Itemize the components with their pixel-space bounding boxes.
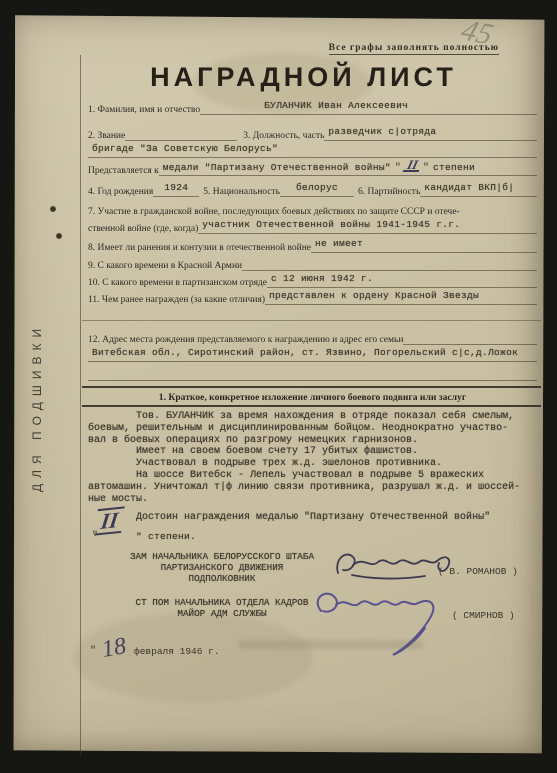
- birth-year-label: 4. Год рождения: [88, 187, 153, 197]
- conclusion-line1: Достоин награждения медалью "Партизану О…: [88, 512, 539, 524]
- wounds-row: 8. Имеет ли ранения и контузии в отечест…: [88, 238, 537, 253]
- blank-line: [125, 127, 237, 141]
- blank-line: [403, 331, 537, 345]
- blank-line: [242, 257, 537, 271]
- presented-to-label: Представляется к: [88, 166, 159, 176]
- previous-awards-row: 11. Чем ранее награжден (за какие отличи…: [88, 290, 537, 305]
- citation-line: вал в боевых операциях по разгрому немец…: [88, 435, 539, 447]
- war-participation-label1: 7. Участие в гражданской войне, последую…: [88, 207, 460, 217]
- citation-line: Имеет на своем боевом счету 17 убитых фа…: [88, 446, 539, 458]
- conclusion-suffix: " степени.: [132, 531, 200, 542]
- signatory2-name: ( СМИРНОВ ): [452, 610, 515, 621]
- signatory1-name: ( В. РОМАНОВ ): [438, 566, 518, 577]
- scanned-award-sheet: ДЛЯ ПОДШИВКИ Все графы заполнять полност…: [0, 0, 557, 773]
- citation-line: автомашин. Уничтожал т|ф линию связи про…: [88, 482, 539, 494]
- field-position-label: 3. Должность, часть: [243, 131, 324, 141]
- address-label: 12. Адрес места рождения представляемого…: [88, 335, 403, 345]
- filing-margin-line: [80, 55, 81, 757]
- red-army-since-label: 9. С какого времени в Красной Армии: [88, 261, 242, 271]
- field-name-value: БУЛАНЧИК Иван Алексеевич: [260, 100, 412, 111]
- previous-awards-value: представлен к ордену Красной Звезды: [265, 290, 483, 301]
- field-name-row: 1. Фамилия, имя и отчество БУЛАНЧИК Иван…: [88, 100, 537, 115]
- signatory1-title: ЗАМ НАЧАЛЬНИКА БЕЛОРУССКОГО ШТАБА ПАРТИЗ…: [88, 552, 356, 584]
- partisan-since-value: с 12 июня 1942 г.: [267, 273, 377, 284]
- section-rule-top: [82, 386, 541, 388]
- conclusion-line2: " " степени.: [92, 527, 537, 542]
- partisan-since-row: 10. С какого времени в партизанском отря…: [88, 273, 537, 288]
- divider-line: [82, 320, 541, 321]
- address-row2: Витебская обл., Сиротинский район, ст. Я…: [88, 347, 537, 362]
- punch-hole: [50, 206, 56, 212]
- blank-line: [88, 367, 537, 381]
- presented-to-row: Представляется к медали "Партизану Отече…: [88, 161, 537, 176]
- field-position-value: разведчик с|отряда: [324, 126, 440, 137]
- party-value: кандидат ВКП|б|: [420, 182, 518, 193]
- field-brigade-value: бригаде "За Советскую Белорусь": [88, 143, 282, 154]
- party-label: 6. Партийность: [358, 187, 420, 197]
- punch-hole: [56, 233, 62, 239]
- degree-suffix: степени: [429, 162, 479, 173]
- romanov-signature: [330, 545, 455, 585]
- wounds-value: не имеет: [311, 238, 367, 249]
- form-title: НАГРАДНОЙ ЛИСТ: [110, 62, 497, 93]
- war-participation-row1: 7. Участие в гражданской войне, последую…: [88, 202, 537, 217]
- presented-medal-value: медали "Партизану Отечественной войны": [159, 162, 395, 173]
- citation-line: На шоссе Витебск - Лепель участвовал в п…: [88, 470, 539, 482]
- wounds-label: 8. Имеет ли ранения и контузии в отечест…: [88, 243, 311, 253]
- bleed-through-text: [238, 640, 423, 649]
- date-rest: февраля 1946 г.: [134, 646, 220, 657]
- citation-line: ные мосты.: [88, 494, 539, 506]
- address-row3: [88, 366, 537, 381]
- citation-line: Тов. БУЛАНЧИК за время нахождения в отря…: [88, 411, 539, 423]
- citation-body: Тов. БУЛАНЧИК за время нахождения в отря…: [88, 411, 539, 524]
- nationality-label: 5. Национальность: [203, 187, 280, 197]
- date-open-quote: ": [90, 646, 96, 657]
- section-rule-bottom: [82, 405, 541, 407]
- citation-line: Участвовал в подрыве трех ж.д. эшелонов …: [88, 458, 539, 470]
- handwritten-degree: II: [403, 160, 422, 172]
- nationality-value: белорус: [292, 182, 342, 193]
- address-value: Витебская обл., Сиротинский район, ст. Я…: [88, 347, 522, 358]
- partisan-since-label: 10. С какого времени в партизанском отря…: [88, 278, 267, 288]
- citation-line: боевым, решительным и дисциплинированным…: [88, 423, 539, 435]
- war-participation-value: участник Отечественной войны 1941-1945 г…: [198, 219, 464, 230]
- handwritten-date-day: 18: [101, 637, 128, 659]
- field-birth-nationality-party-row: 4. Год рождения 1924 5. Национальность б…: [88, 182, 537, 197]
- address-row1: 12. Адрес места рождения представляемого…: [88, 330, 537, 345]
- field-name-label: 1. Фамилия, имя и отчество: [88, 105, 200, 115]
- birth-year-value: 1924: [160, 182, 192, 193]
- red-army-since-row: 9. С какого времени в Красной Армии: [88, 256, 537, 271]
- previous-awards-label: 11. Чем ранее награжден (за какие отличи…: [88, 295, 265, 305]
- filing-spine-label: ДЛЯ ПОДШИВКИ: [30, 323, 44, 492]
- smirnov-signature: [305, 585, 465, 665]
- war-participation-label2: ственной войне (где, когда): [88, 224, 198, 234]
- date-row: " 18 февраля 1946 г.: [90, 639, 220, 657]
- field-rank-label: 2. Звание: [88, 131, 125, 141]
- war-participation-row2: ственной войне (где, когда) участник Оте…: [88, 219, 537, 234]
- section1-heading: 1. Краткое, конкретное изложение личного…: [88, 392, 537, 403]
- field-position-row2: бригаде "За Советскую Белорусь": [88, 143, 537, 158]
- field-rank-position-row: 2. Звание 3. Должность, часть разведчик …: [88, 126, 537, 141]
